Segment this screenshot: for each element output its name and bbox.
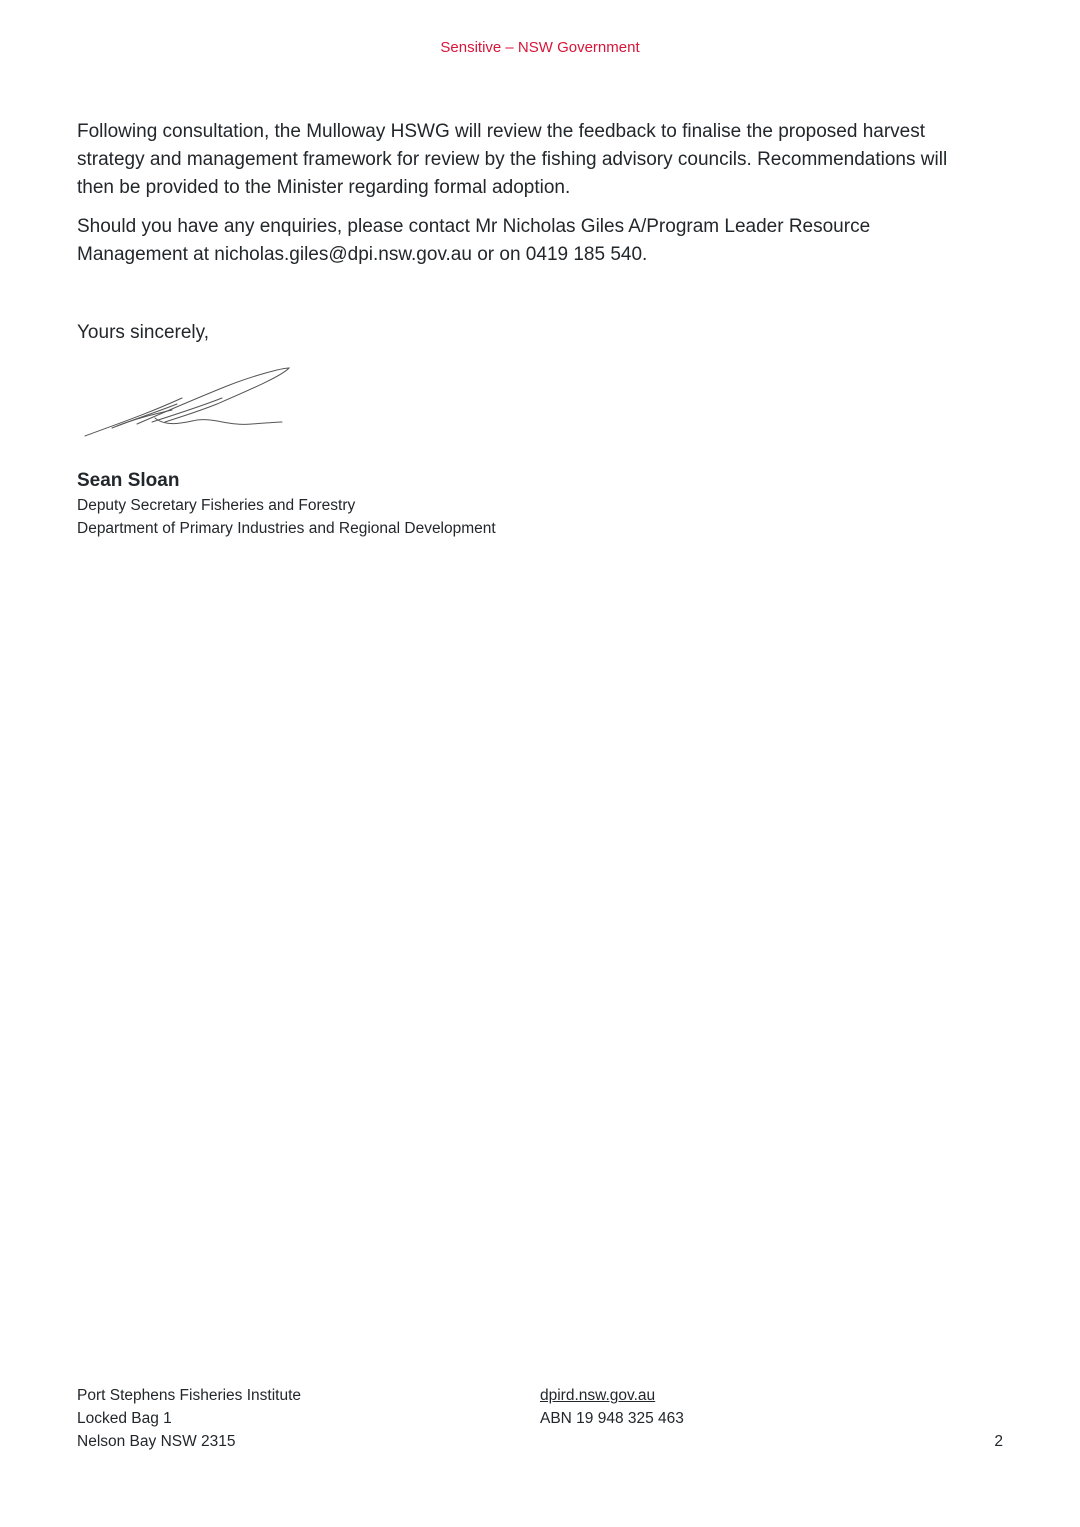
footer-address-line: Locked Bag 1: [77, 1410, 172, 1428]
footer-address-line: Nelson Bay NSW 2315: [77, 1433, 236, 1451]
footer-address-line: Port Stephens Fisheries Institute: [77, 1387, 301, 1405]
signer-title: Deputy Secretary Fisheries and Forestry: [77, 497, 355, 515]
signer-department: Department of Primary Industries and Reg…: [77, 520, 496, 538]
page-number: 2: [994, 1433, 1003, 1451]
handwritten-signature-icon: [77, 356, 297, 456]
signer-name: Sean Sloan: [77, 470, 179, 492]
paragraph-consultation: Following consultation, the Mulloway HSW…: [77, 118, 957, 202]
paragraph-enquiries: Should you have any enquiries, please co…: [77, 213, 957, 269]
abn-number: ABN 19 948 325 463: [540, 1410, 684, 1428]
classification-header: Sensitive – NSW Government: [0, 39, 1080, 56]
website-link[interactable]: dpird.nsw.gov.au: [540, 1387, 655, 1405]
closing-salutation: Yours sincerely,: [77, 319, 957, 347]
